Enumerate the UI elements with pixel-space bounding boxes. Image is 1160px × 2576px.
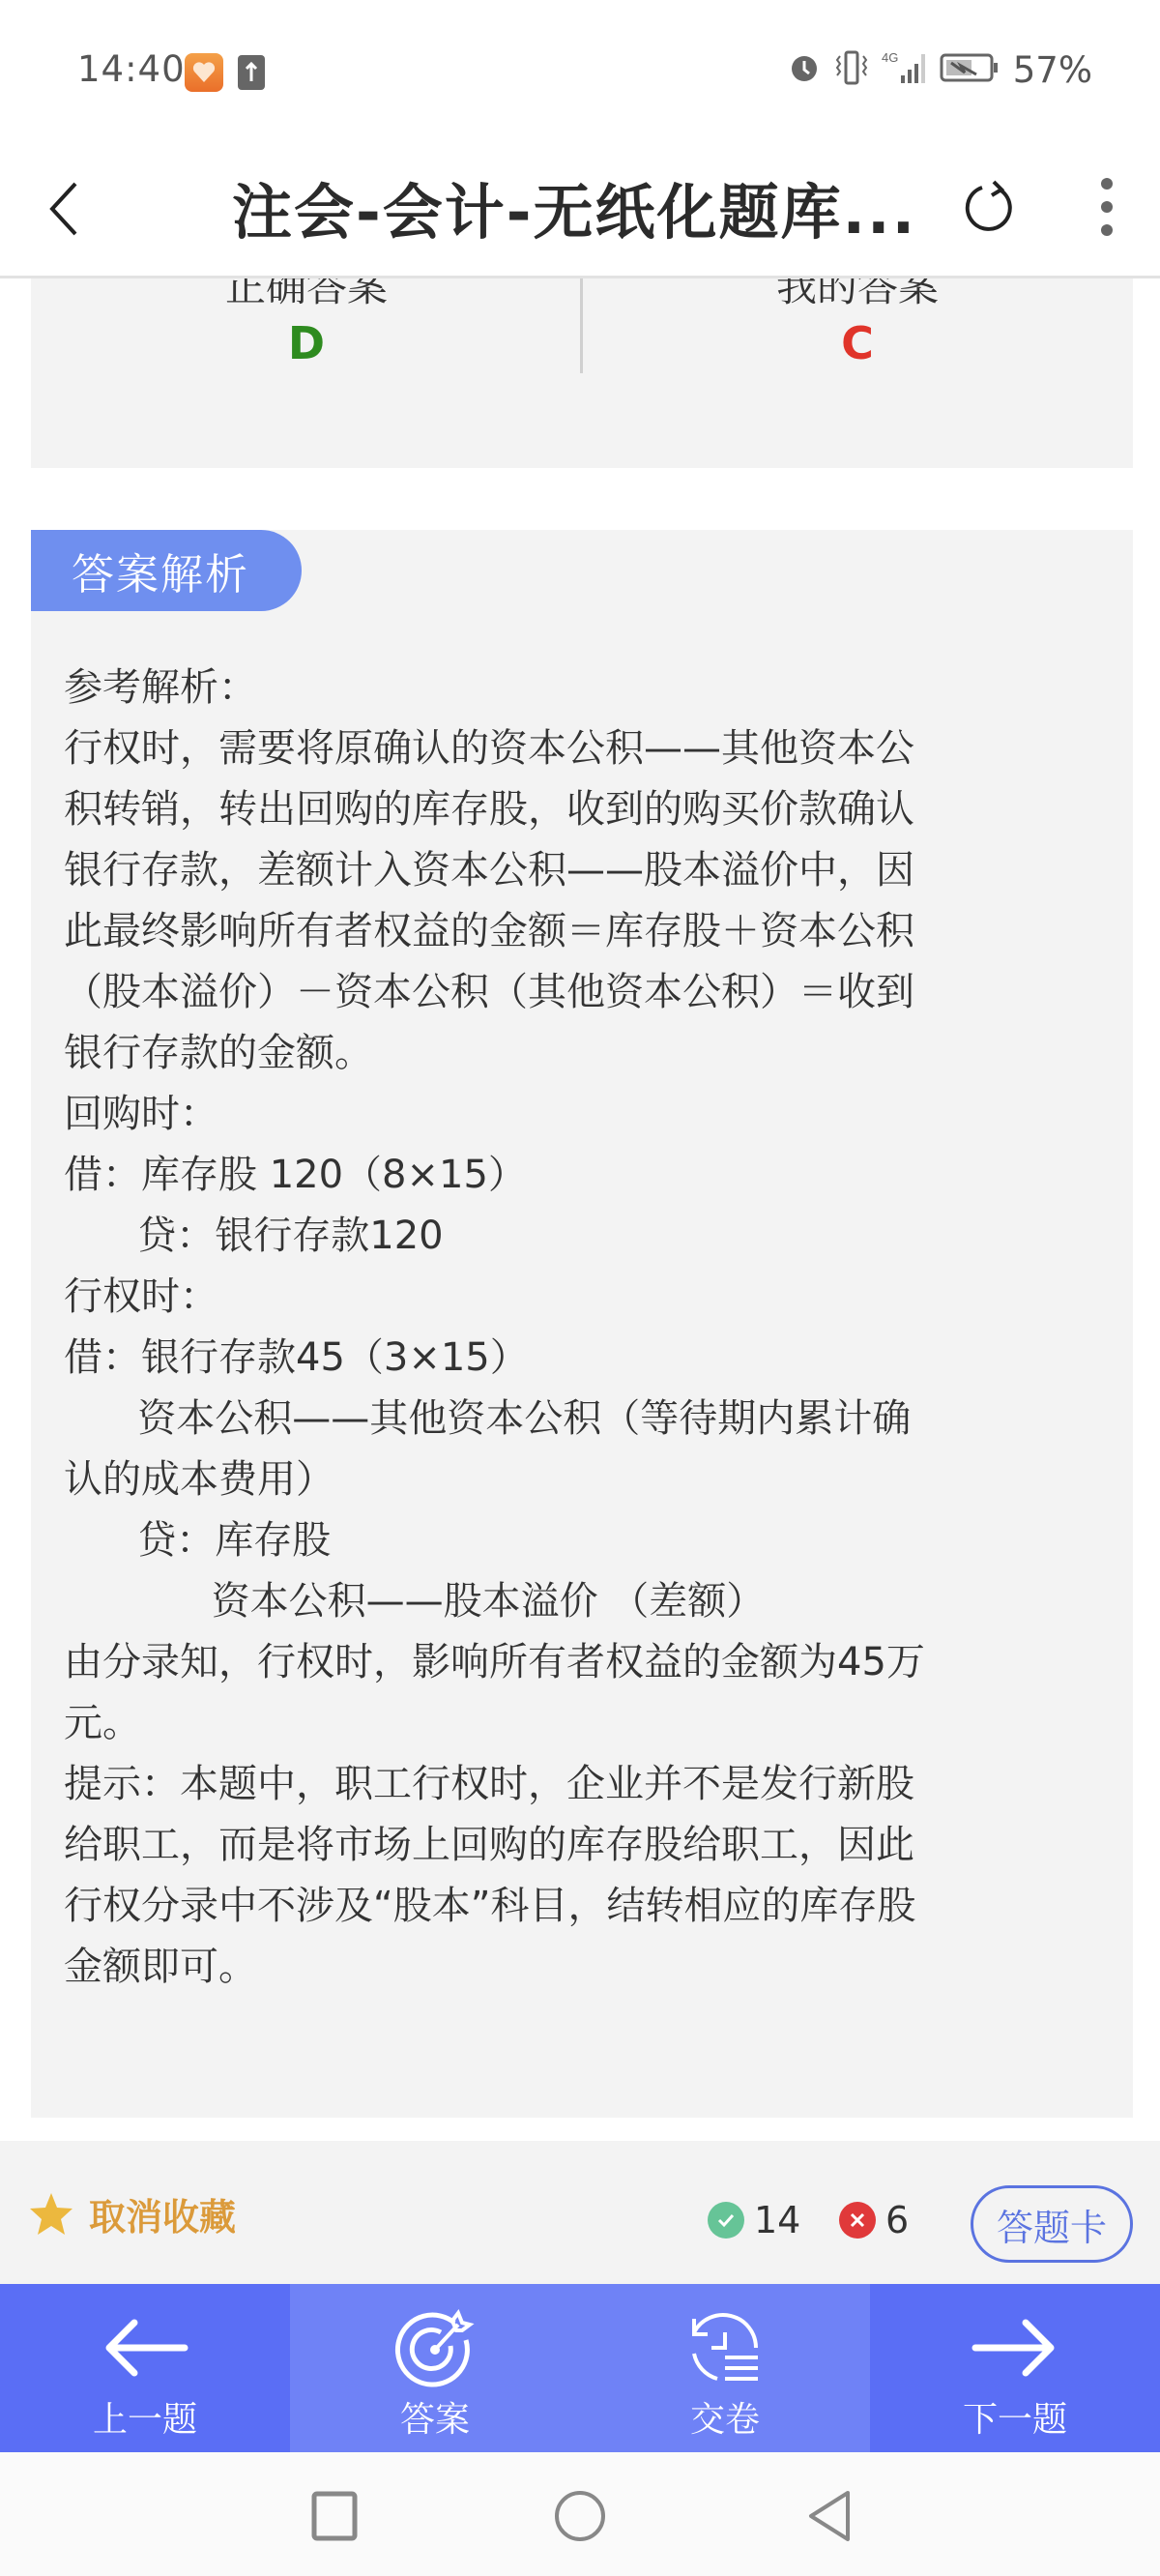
analysis-tag: 答案解析	[31, 530, 302, 611]
analysis-line: 银行存款的金额。	[64, 1023, 1108, 1084]
status-time: 14:40	[77, 48, 186, 90]
answer-button[interactable]: 答案	[290, 2284, 580, 2452]
analysis-text: 参考解析： 行权时，需要将原确认的资本公积——其他资本公 积转销，转出回购的库存…	[64, 658, 1108, 1998]
status-bar: 14:40 4G 57%	[0, 0, 1160, 135]
svg-text:4G: 4G	[882, 50, 898, 65]
question-nav-bar: 上一题 答案 交卷 下一题	[0, 2284, 1160, 2452]
analysis-line: 行权时：	[64, 1267, 1108, 1328]
my-answer-value: C	[582, 317, 1133, 369]
refresh-icon	[961, 178, 1019, 236]
analysis-line: 贷：银行存款120	[64, 1206, 1108, 1267]
analysis-line: 回购时：	[64, 1084, 1108, 1145]
correct-answer: 正确答案 D	[31, 278, 582, 468]
status-icons: 4G 57%	[787, 48, 1092, 91]
analysis-line: 贷：库存股	[64, 1510, 1108, 1571]
next-question-label: 下一题	[963, 2392, 1067, 2442]
wrong-count: 6	[839, 2199, 909, 2241]
alarm-icon	[787, 50, 822, 89]
analysis-line: 认的成本费用）	[64, 1449, 1108, 1510]
correct-answer-value: D	[31, 317, 582, 369]
answer-label: 答案	[400, 2392, 470, 2442]
target-icon	[394, 2309, 476, 2386]
analysis-line: 借：银行存款45（3×15）	[64, 1328, 1108, 1389]
circle-icon	[553, 2489, 607, 2543]
vibrate-icon	[835, 48, 868, 91]
signal-icon: 4G	[882, 48, 926, 91]
analysis-line: 参考解析：	[64, 658, 1108, 718]
arrow-right-icon	[971, 2309, 1058, 2386]
battery-icon	[940, 51, 1000, 88]
my-answer-label: 我的答案	[582, 278, 1133, 313]
correct-answer-label: 正确答案	[31, 278, 582, 313]
analysis-line: 提示：本题中，职工行权时，企业并不是发行新股	[64, 1754, 1108, 1815]
refresh-button[interactable]	[957, 174, 1023, 240]
answer-card-button[interactable]: 答题卡	[971, 2185, 1133, 2263]
system-back-button[interactable]	[800, 2487, 858, 2545]
arrow-left-icon	[101, 2309, 188, 2386]
chevron-left-icon	[46, 180, 81, 238]
app-header: 注会-会计-无纸化题库...	[0, 135, 1160, 278]
analysis-line: 资本公积——其他资本公积（等待期内累计确	[64, 1389, 1108, 1449]
upload-icon	[238, 55, 265, 90]
analysis-line: 金额即可。	[64, 1937, 1108, 1998]
x-circle-icon	[839, 2202, 876, 2239]
analysis-line: 积转销，转出回购的库存股，收到的购买价款确认	[64, 779, 1108, 840]
home-button[interactable]	[551, 2487, 609, 2545]
correct-count-value: 14	[754, 2199, 800, 2241]
analysis-line: 银行存款，差额计入资本公积——股本溢价中，因	[64, 840, 1108, 901]
heart-app-icon	[185, 53, 223, 92]
more-vertical-icon	[1097, 176, 1116, 238]
analysis-panel: 答案解析 参考解析： 行权时，需要将原确认的资本公积——其他资本公 积转销，转出…	[31, 530, 1133, 2118]
analysis-line: 借：库存股 120（8×15）	[64, 1145, 1108, 1206]
analysis-line: 行权时，需要将原确认的资本公积——其他资本公	[64, 718, 1108, 779]
check-circle-icon	[708, 2202, 744, 2239]
submit-paper-label: 交卷	[690, 2392, 760, 2442]
analysis-line: 由分录知，行权时，影响所有者权益的金额为45万	[64, 1632, 1108, 1693]
analysis-line: （股本溢价）－资本公积（其他资本公积）＝收到	[64, 962, 1108, 1023]
prev-question-label: 上一题	[93, 2392, 197, 2442]
triangle-back-icon	[805, 2489, 854, 2543]
wrong-count-value: 6	[885, 2199, 909, 2241]
bottom-toolbar: 取消收藏 14 6 答题卡	[0, 2141, 1160, 2284]
correct-count: 14	[708, 2199, 800, 2241]
more-menu-button[interactable]	[1085, 170, 1129, 244]
next-question-button[interactable]: 下一题	[870, 2284, 1160, 2452]
submit-history-icon	[686, 2309, 764, 2386]
unfavorite-label: 取消收藏	[89, 2187, 236, 2240]
analysis-line: 资本公积——股本溢价 （差额）	[64, 1571, 1108, 1632]
analysis-line: 给职工，而是将市场上回购的库存股给职工，因此	[64, 1815, 1108, 1876]
star-icon	[27, 2190, 75, 2239]
analysis-line: 此最终影响所有者权益的金额＝库存股＋资本公积	[64, 901, 1108, 962]
square-icon	[311, 2491, 358, 2541]
answer-compare-panel: 正确答案 D 我的答案 C	[31, 278, 1133, 468]
prev-question-button[interactable]: 上一题	[0, 2284, 290, 2452]
unfavorite-button[interactable]: 取消收藏	[27, 2187, 236, 2240]
back-button[interactable]	[35, 172, 93, 246]
page-title: 注会-会计-无纸化题库...	[232, 164, 909, 250]
analysis-line: 元。	[64, 1693, 1108, 1754]
system-nav-bar	[0, 2452, 1160, 2576]
submit-paper-button[interactable]: 交卷	[580, 2284, 870, 2452]
analysis-line: 行权分录中不涉及“股本”科目，结转相应的库存股	[64, 1876, 1108, 1937]
recent-apps-button[interactable]	[307, 2487, 362, 2545]
my-answer: 我的答案 C	[582, 278, 1133, 468]
battery-percent: 57%	[1013, 49, 1092, 91]
